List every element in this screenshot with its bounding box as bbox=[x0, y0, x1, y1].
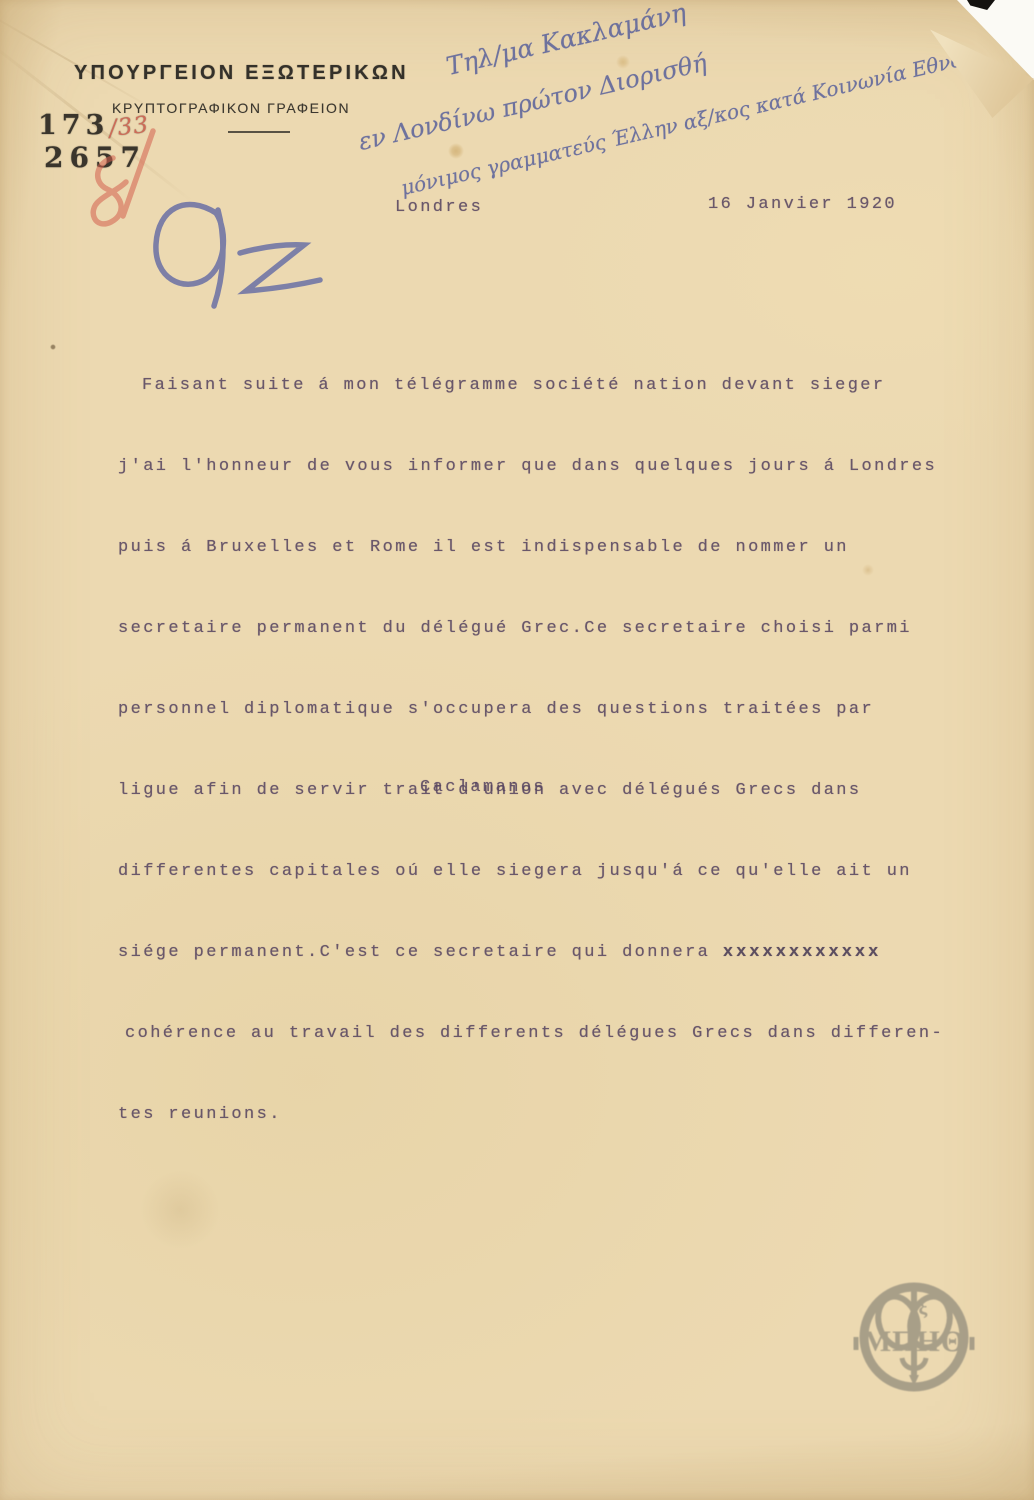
letter-body: Faisant suite á mon télégramme société n… bbox=[118, 338, 958, 1186]
blue-pencil-mark bbox=[156, 205, 320, 306]
archive-stamp-logo: ξ ΜΠΗΘ bbox=[853, 1280, 975, 1398]
body-line: differentes capitales oú elle siegera ju… bbox=[118, 862, 958, 905]
scanned-document-page: ΥΠΟΥΡΓΕΙΟΝ ΕΞΩΤΕΡΙΚΩΝ ΚΡΥΠΤΟΓΡΑΦΙΚΟΝ ΓΡΑ… bbox=[0, 0, 1034, 1500]
stamp-logo-letters: ΜΠΗΘ bbox=[863, 1325, 965, 1358]
body-line: personnel diplomatique s'occupera des qu… bbox=[118, 700, 958, 743]
body-line: secretaire permanent du délégué Grec.Ce … bbox=[118, 619, 958, 662]
typed-strikeout: xxxxxxxxxxxx bbox=[723, 943, 881, 962]
body-line: puis á Bruxelles et Rome il est indispen… bbox=[118, 538, 958, 581]
body-line: siége permanent.C'est ce secretaire qui … bbox=[118, 943, 958, 986]
red-pencil-mark bbox=[93, 131, 153, 224]
dateline-date: 16 Janvier 1920 bbox=[708, 195, 897, 214]
body-line: Faisant suite á mon télégramme société n… bbox=[118, 376, 958, 419]
body-line: j'ai l'honneur de vous informer que dans… bbox=[118, 457, 958, 500]
pencil-marks-overlay bbox=[0, 0, 460, 330]
dateline-place: Londres bbox=[395, 198, 483, 217]
signature: Caclamanos bbox=[420, 778, 546, 797]
body-line: cohérence au travail des differents délé… bbox=[118, 1024, 958, 1067]
body-line-text: siége permanent.C'est ce secretaire qui … bbox=[118, 943, 723, 962]
stamp-small-glyph: ξ bbox=[919, 1297, 928, 1319]
body-line: tes reunions. bbox=[118, 1105, 958, 1148]
